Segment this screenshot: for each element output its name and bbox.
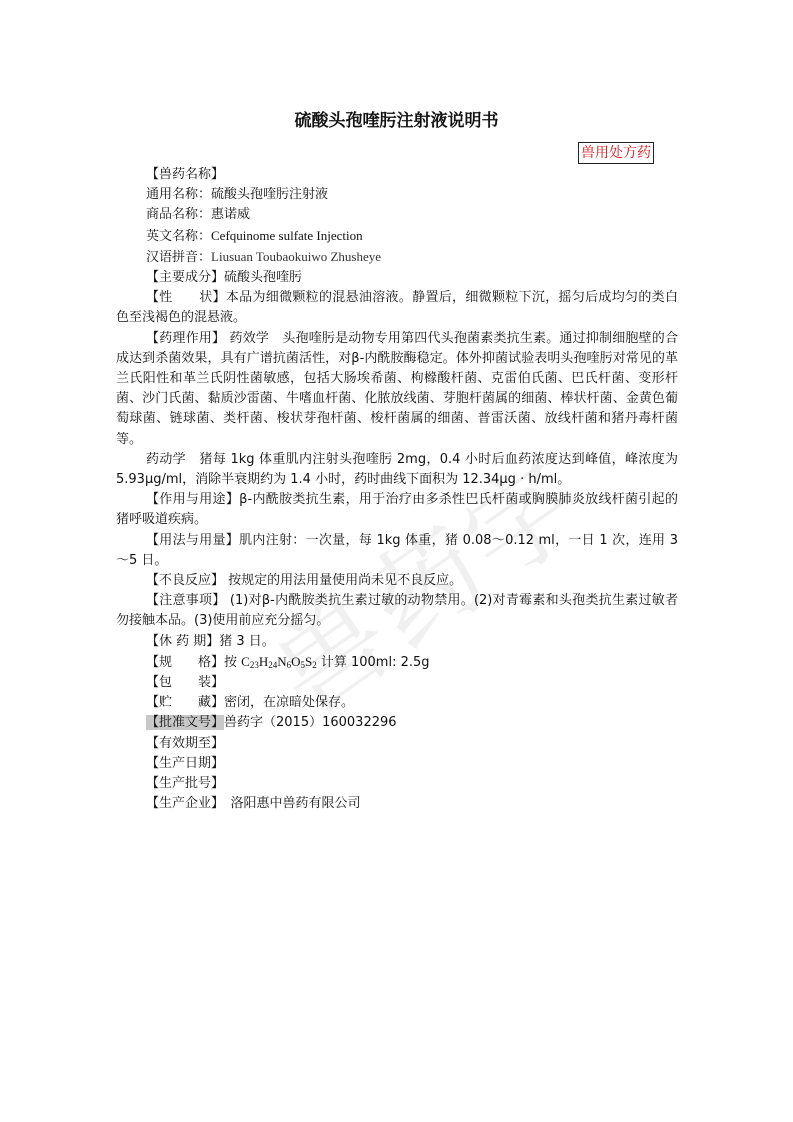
section-batch: 【生产批号】 xyxy=(116,774,678,794)
heading: 【生产企业】 xyxy=(146,796,218,811)
document-content: 【兽药名称】 通用名称：硫酸头孢喹肟注射液 商品名称：惠诺威 英文名称：Cefq… xyxy=(116,165,678,815)
value: 猪 3 日。 xyxy=(219,634,275,649)
section-manufacturer: 【生产企业】 洛阳惠中兽药有限公司 xyxy=(116,794,678,814)
section-production-date: 【生产日期】 xyxy=(116,754,678,774)
section-name-heading: 【兽药名称】 xyxy=(116,165,678,185)
english-name-row: 英文名称：Cefquinome sulfate Injection xyxy=(116,226,678,247)
label: 汉语拼音： xyxy=(146,250,211,265)
value: 按规定的用法用量使用尚未见不良反应。 xyxy=(224,573,462,588)
pinyin-row: 汉语拼音：Liusuan Toubaokuiwo Zhusheye xyxy=(116,247,678,268)
section-approval: 【批准文号】兽药字（2015）160032296 xyxy=(116,713,678,733)
pharmacodynamics-label: 药效学 xyxy=(225,331,282,346)
value: 惠诺威 xyxy=(211,207,250,222)
section-appearance: 【性 状】本品为细微颗粒的混悬油溶液。静置后，细微颗粒下沉，摇匀后成均匀的类白色… xyxy=(116,288,678,328)
heading: 【有效期至】 xyxy=(146,736,224,751)
heading: 【贮 藏】 xyxy=(146,695,224,710)
pharmacokinetics-text: 猪每 1kg 体重肌内注射头孢喹肟 2mg，0.4 小时后血药浓度达到峰值，峰浓… xyxy=(116,452,678,487)
heading-highlighted: 【批准文号】 xyxy=(146,715,224,730)
section-adverse-reactions: 【不良反应】 按规定的用法用量使用尚未见不良反应。 xyxy=(116,571,678,591)
heading: 【生产日期】 xyxy=(146,756,224,771)
heading: 【注意事项】 xyxy=(146,593,226,608)
prefix: 按 xyxy=(224,655,241,670)
section-withdrawal: 【休 药 期】猪 3 日。 xyxy=(116,632,678,652)
value: 兽药字（2015）160032296 xyxy=(224,715,397,730)
value: Cefquinome sulfate Injection xyxy=(211,228,363,243)
heading: 【生产批号】 xyxy=(146,776,224,791)
section-storage: 【贮 藏】密闭，在凉暗处保存。 xyxy=(116,693,678,713)
value: 硫酸头孢喹肟注射液 xyxy=(211,187,328,202)
heading: 【药理作用】 xyxy=(146,331,225,346)
value: 硫酸头孢喹肟 xyxy=(224,270,302,285)
section-indications: 【作用与用途】β-内酰胺类抗生素，用于治疗由多杀性巴氏杆菌或胸膜肺炎放线杆菌引起… xyxy=(116,490,678,530)
heading: 【兽药名称】 xyxy=(146,167,224,182)
heading: 【用法与用量】 xyxy=(146,533,239,548)
label: 通用名称： xyxy=(146,187,211,202)
heading: 【性 状】 xyxy=(146,290,226,305)
document-page: 兽药字 硫酸头孢喹肟注射液说明书 兽用处方药 【兽药名称】 通用名称：硫酸头孢喹… xyxy=(0,0,793,1122)
heading: 【不良反应】 xyxy=(146,573,224,588)
suffix: 计算 100ml: 2.5g xyxy=(317,655,430,670)
heading: 【主要成分】 xyxy=(146,270,224,285)
chemical-formula: C23H24N6O5S2 xyxy=(241,654,317,669)
section-ingredient: 【主要成分】硫酸头孢喹肟 xyxy=(116,268,678,288)
value: 密闭，在凉暗处保存。 xyxy=(224,695,354,710)
section-packaging: 【包 装】 xyxy=(116,673,678,693)
section-dosage: 【用法与用量】肌内注射：一次量，每 1kg 体重，猪 0.08～0.12 ml，… xyxy=(116,531,678,571)
heading: 【作用与用途】 xyxy=(146,492,239,507)
heading: 【包 装】 xyxy=(146,675,224,690)
generic-name-row: 通用名称：硫酸头孢喹肟注射液 xyxy=(116,185,678,205)
label: 商品名称： xyxy=(146,207,211,222)
value: 洛阳惠中兽药有限公司 xyxy=(218,796,361,811)
heading: 【规 格】 xyxy=(146,655,224,670)
section-pharmacokinetics: 药动学 猪每 1kg 体重肌内注射头孢喹肟 2mg，0.4 小时后血药浓度达到峰… xyxy=(116,450,678,490)
section-expiry: 【有效期至】 xyxy=(116,734,678,754)
section-spec: 【规 格】按 C23H24N6O5S2 计算 100ml: 2.5g xyxy=(116,652,678,673)
label: 英文名称： xyxy=(146,229,211,244)
section-precautions: 【注意事项】 (1)对β-内酰胺类抗生素过敏的动物禁用。(2)对青霉素和头孢类抗… xyxy=(116,591,678,631)
trade-name-row: 商品名称：惠诺威 xyxy=(116,205,678,225)
pharmacokinetics-label: 药动学 xyxy=(146,452,199,467)
pharmacodynamics-text: 头孢喹肟是动物专用第四代头孢菌素类抗生素。通过抑制细胞壁的合成达到杀菌效果，具有… xyxy=(116,331,678,447)
section-pharmacology: 【药理作用】 药效学 头孢喹肟是动物专用第四代头孢菌素类抗生素。通过抑制细胞壁的… xyxy=(116,329,678,450)
value: Liusuan Toubaokuiwo Zhusheye xyxy=(211,249,381,264)
prescription-badge: 兽用处方药 xyxy=(578,142,654,164)
heading: 【休 药 期】 xyxy=(146,634,219,649)
document-title: 硫酸头孢喹肟注射液说明书 xyxy=(0,106,793,131)
